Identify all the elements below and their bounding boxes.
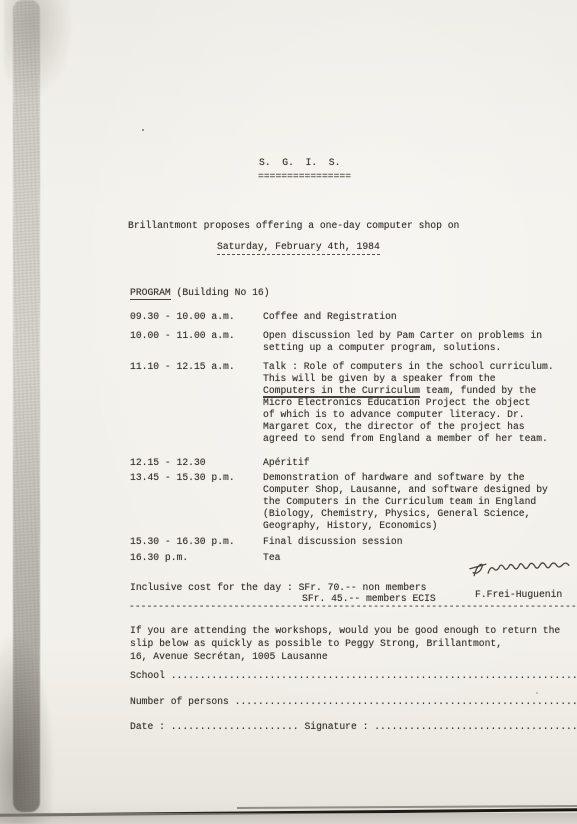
text-segment: team, funded by the [420, 385, 536, 396]
schedule-description: Open discussion led by Pam Carter on pro… [263, 330, 577, 354]
scan-smudge-bottom-left [0, 634, 54, 824]
organization-title-underline: ================ [258, 171, 351, 183]
schedule-description-line: Apéritif [263, 457, 577, 469]
text-segment: Open discussion led by Pam Carter on pro… [263, 330, 542, 341]
schedule-description-line: the Computers in the Curriculum team in … [263, 496, 577, 508]
schedule-description-line: (Biology, Chemistry, Physics, General Sc… [263, 508, 577, 520]
scan-bottom-strip [0, 813, 577, 824]
schedule-time: 09.30 - 10.00 a.m. [130, 311, 263, 323]
date-label: Date : [130, 721, 171, 732]
schedule-row: 10.00 - 11.00 a.m.Open discussion led by… [130, 330, 577, 354]
schedule-description-line: Open discussion led by Pam Carter on pro… [263, 330, 577, 342]
text-segment: Tea [263, 552, 280, 563]
schedule-time: 13.45 - 15.30 p.m. [130, 472, 263, 532]
text-segment: setting up a computer program, solutions… [263, 342, 501, 353]
program-heading: PROGRAM (Building No 16) [130, 287, 270, 299]
text-segment: This will be given by a speaker from the [263, 373, 496, 384]
scan-speck [142, 129, 144, 131]
schedule-description-line: This will be given by a speaker from the [263, 373, 577, 385]
text-segment: agreed to send from England a member of … [263, 433, 548, 444]
schedule-time: 16.30 p.m. [130, 552, 263, 564]
schedule-description-line: Geography, History, Economics) [263, 520, 577, 532]
schedule-description-line: Talk : Role of computers in the school c… [263, 361, 577, 373]
schedule-row: 11.10 - 12.15 a.m.Talk : Role of compute… [130, 361, 577, 445]
emphasized-text: Micro Electronics Education [263, 396, 420, 408]
date-dotted-blank: ...................... [171, 721, 299, 732]
school-dotted-blank: ........................................… [171, 670, 577, 681]
event-date: Saturday, February 4th, 1984 [217, 241, 380, 255]
form-persons-line: Number of persons ......................… [130, 696, 577, 708]
persons-label: Number of persons [130, 696, 235, 707]
schedule-description: Talk : Role of computers in the school c… [263, 361, 577, 445]
school-label: School [130, 670, 171, 681]
schedule-description-line: setting up a computer program, solutions… [263, 342, 577, 354]
return-address-line: 16, Avenue Secrétan, 1005 Lausanne [130, 650, 577, 663]
schedule-time: 15.30 - 16.30 p.m. [130, 536, 263, 548]
text-segment: Coffee and Registration [263, 311, 397, 322]
persons-dotted-blank: ........................................… [235, 696, 577, 707]
schedule-time: 10.00 - 11.00 a.m. [130, 330, 263, 354]
return-instructions: If you are attending the workshops, woul… [130, 624, 577, 663]
signature-dotted-blank: ........................................… [374, 721, 577, 732]
text-segment: Geography, History, Economics) [263, 520, 437, 531]
intro-sentence: Brillantmont proposes offering a one-day… [128, 220, 459, 232]
schedule-row: 15.30 - 16.30 p.m.Final discussion sessi… [130, 536, 577, 548]
form-school-line: School .................................… [130, 670, 577, 682]
schedule-description-line: Demonstration of hardware and software b… [263, 472, 577, 484]
schedule-description-line: agreed to send from England a member of … [263, 433, 577, 445]
program-heading-suffix: (Building No 16) [171, 287, 270, 298]
schedule-description: Apéritif [263, 457, 577, 469]
text-segment: of which is to advance computer literacy… [263, 409, 525, 420]
signatory-typed-name: F.Frei-Huguenin [475, 589, 562, 601]
schedule-row: 13.45 - 15.30 p.m.Demonstration of hardw… [130, 472, 577, 532]
schedule-row: 09.30 - 10.00 a.m.Coffee and Registratio… [130, 311, 577, 323]
text-segment: Computer Shop, Lausanne, and software de… [263, 484, 548, 495]
scan-smudge-top-left [4, 0, 74, 100]
schedule-description-line: Coffee and Registration [263, 311, 577, 323]
schedule-description: Final discussion session [263, 536, 577, 548]
form-date-signature-line: Date : ...................... Signature … [130, 721, 577, 733]
schedule-time: 11.10 - 12.15 a.m. [130, 361, 263, 445]
schedule-time: 12.15 - 12.30 [130, 457, 263, 469]
text-segment: (Biology, Chemistry, Physics, General Sc… [263, 508, 530, 519]
text-segment: Margaret Cox, the director of the projec… [263, 421, 525, 432]
scanned-document-page: S. G. I. S. ================ Brillantmon… [0, 0, 577, 824]
text-segment: Demonstration of hardware and software b… [263, 472, 525, 483]
text-segment: Apéritif [263, 457, 310, 468]
return-instructions-line: slip below as quickly as possible to Peg… [130, 637, 577, 650]
schedule-description-line: Computer Shop, Lausanne, and software de… [263, 484, 577, 496]
text-segment: Final discussion session [263, 536, 403, 547]
program-heading-label: PROGRAM [130, 287, 171, 300]
schedule-description-line: Margaret Cox, the director of the projec… [263, 421, 577, 433]
schedule-description: Coffee and Registration [263, 311, 577, 323]
schedule-row: 12.15 - 12.30Apéritif [130, 457, 577, 469]
text-segment: Talk : Role of computers in the school c… [263, 361, 554, 372]
text-segment: the Computers in the Curriculum team in … [263, 496, 536, 507]
organization-title: S. G. I. S. [259, 157, 340, 169]
schedule-description-line: of which is to advance computer literacy… [263, 409, 577, 421]
scan-speck [536, 692, 538, 694]
handwritten-signature [468, 555, 573, 583]
text-segment: Project the object [420, 397, 530, 408]
return-instructions-line: If you are attending the workshops, woul… [130, 624, 577, 637]
schedule-description-line: Micro Electronics Education Project the … [263, 397, 577, 409]
schedule-description: Demonstration of hardware and software b… [263, 472, 577, 532]
schedule-description-line: Final discussion session [263, 536, 577, 548]
dashed-divider: ----------------------------------------… [129, 601, 577, 613]
signature-label: Signature : [304, 721, 374, 732]
schedule: 09.30 - 10.00 a.m.Coffee and Registratio… [130, 305, 577, 564]
